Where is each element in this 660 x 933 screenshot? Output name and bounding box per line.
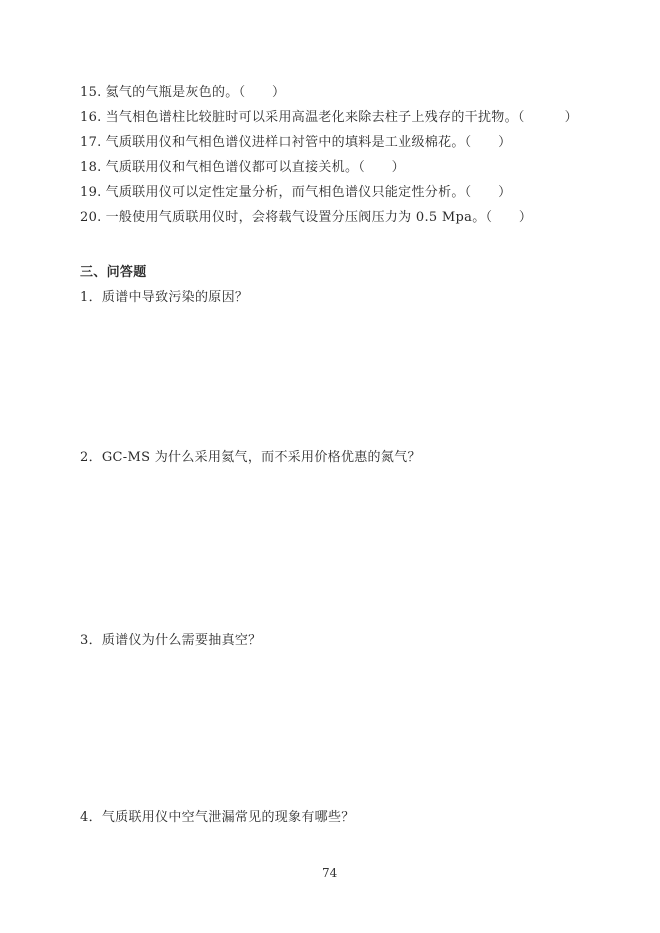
question-text: 质谱仪为什么需要抽真空？ bbox=[102, 633, 262, 648]
item-text: 气质联用仪可以定性定量分析，而气相色谱仪只能定性分析。（ ） bbox=[106, 185, 512, 200]
item-number: 17. bbox=[80, 135, 102, 150]
item-number: 16. bbox=[80, 110, 102, 125]
tf-item-17: 17.气质联用仪和气相色谱仪进样口衬管中的填料是工业级棉花。（ ） bbox=[80, 134, 511, 152]
section-heading: 三、问答题 bbox=[80, 264, 147, 282]
question-3: 3．质谱仪为什么需要抽真空？ bbox=[80, 632, 261, 650]
answer-space-2 bbox=[80, 470, 580, 625]
tf-item-18: 18.气质联用仪和气相色谱仪都可以直接关机。（ ） bbox=[80, 159, 405, 177]
answer-space-1 bbox=[80, 310, 580, 445]
question-text: 质谱中导致污染的原因？ bbox=[102, 290, 248, 305]
question-number: 4． bbox=[80, 810, 102, 825]
question-2: 2．GC-MS 为什么采用氦气，而不采用价格优惠的氮气？ bbox=[80, 449, 421, 467]
question-4: 4．气质联用仪中空气泄漏常见的现象有哪些？ bbox=[80, 809, 355, 827]
question-text: 气质联用仪中空气泄漏常见的现象有哪些？ bbox=[102, 810, 355, 825]
question-1: 1．质谱中导致污染的原因？ bbox=[80, 289, 248, 307]
tf-item-15: 15.氦气的气瓶是灰色的。（ ） bbox=[80, 84, 285, 102]
item-number: 20. bbox=[80, 210, 102, 225]
item-text: 当气相色谱柱比较脏时可以采用高温老化来除去柱子上残存的干扰物。（ ） bbox=[106, 110, 578, 125]
tf-item-19: 19.气质联用仪可以定性定量分析，而气相色谱仪只能定性分析。（ ） bbox=[80, 184, 511, 202]
tf-item-20: 20.一般使用气质联用仪时，会将载气设置分压阀压力为 0.5 Mpa。（ ） bbox=[80, 209, 532, 227]
question-number: 3． bbox=[80, 633, 102, 648]
question-number: 1． bbox=[80, 290, 102, 305]
item-text: 一般使用气质联用仪时，会将载气设置分压阀压力为 0.5 Mpa。（ ） bbox=[106, 210, 533, 225]
item-text: 氦气的气瓶是灰色的。（ ） bbox=[106, 85, 286, 100]
tf-item-16: 16.当气相色谱柱比较脏时可以采用高温老化来除去柱子上残存的干扰物。（ ） bbox=[80, 109, 578, 127]
item-number: 19. bbox=[80, 185, 102, 200]
item-text: 气质联用仪和气相色谱仪都可以直接关机。（ ） bbox=[106, 160, 405, 175]
question-number: 2． bbox=[80, 450, 102, 465]
question-text: GC-MS 为什么采用氦气，而不采用价格优惠的氮气？ bbox=[102, 450, 421, 465]
answer-space-3 bbox=[80, 653, 580, 803]
page-number: 74 bbox=[322, 866, 337, 880]
item-number: 18. bbox=[80, 160, 102, 175]
item-number: 15. bbox=[80, 85, 102, 100]
item-text: 气质联用仪和气相色谱仪进样口衬管中的填料是工业级棉花。（ ） bbox=[106, 135, 512, 150]
